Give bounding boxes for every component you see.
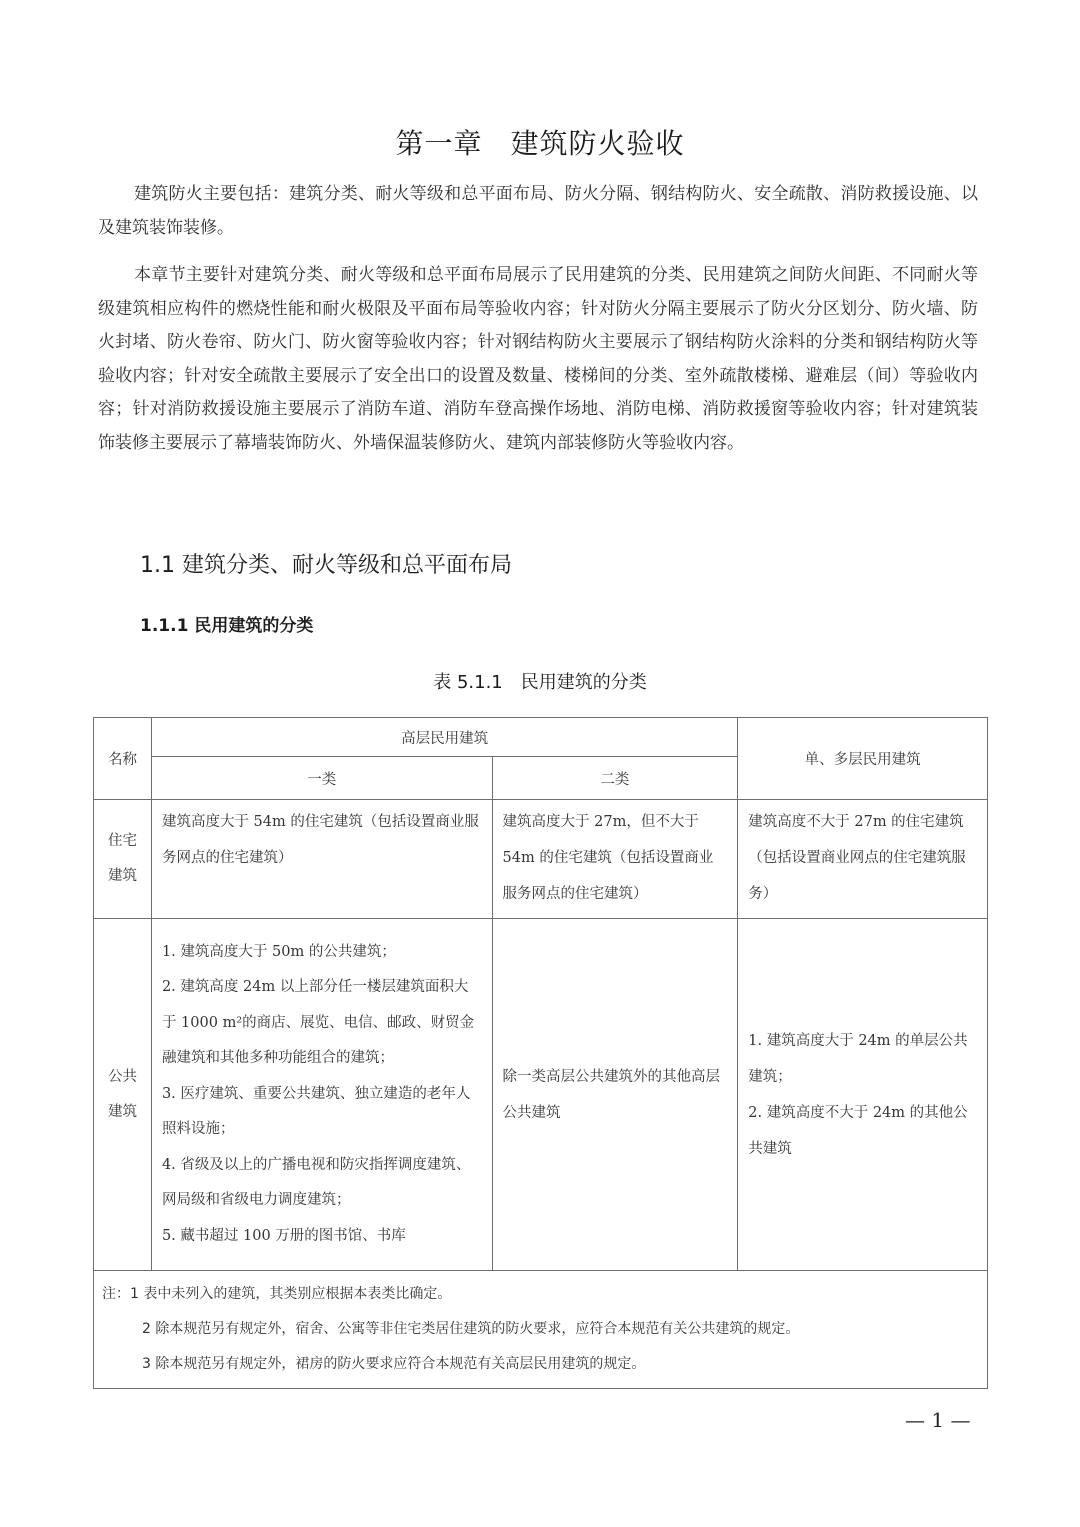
list-item: 1. 建筑高度大于 50m 的公共建筑； xyxy=(162,935,482,971)
section-heading: 1.1 建筑分类、耐火等级和总平面布局 xyxy=(140,548,512,579)
list-item: 2. 建筑高度 24m 以上部分任一楼层建筑面积大于 1000 m²的商店、展览… xyxy=(162,970,482,1077)
residential-class2: 建筑高度大于 27m，但不大于 54m 的住宅建筑（包括设置商业服务网点的住宅建… xyxy=(492,800,738,919)
list-item: 1. 建筑高度大于 24m 的单层公共建筑； xyxy=(748,1023,977,1095)
residential-class1: 建筑高度大于 54m 的住宅建筑（包括设置商业服务网点的住宅建筑） xyxy=(151,800,492,919)
summary-paragraph: 本章节主要针对建筑分类、耐火等级和总平面布局展示了民用建筑的分类、民用建筑之间防… xyxy=(98,259,978,460)
note-3: 3 除本规范另有规定外，裙房的防火要求应符合本规范有关高层民用建筑的规定。 xyxy=(102,1347,979,1382)
table-row: 公共建筑 1. 建筑高度大于 50m 的公共建筑； 2. 建筑高度 24m 以上… xyxy=(94,919,988,1271)
note-2: 2 除本规范另有规定外，宿舍、公寓等非住宅类居住建筑的防火要求，应符合本规范有关… xyxy=(102,1312,979,1347)
page-number: — 1 — xyxy=(905,1408,970,1432)
subsection-number: 1.1.1 xyxy=(140,616,188,636)
list-item: 4. 省级及以上的广播电视和防灾指挥调度建筑、网局级和省级电力调度建筑； xyxy=(162,1148,482,1219)
chapter-number: 第一章 xyxy=(395,127,482,160)
row-name-public: 公共建筑 xyxy=(94,919,152,1271)
chapter-name: 建筑防火验收 xyxy=(511,127,685,160)
subsection-heading: 1.1.1 民用建筑的分类 xyxy=(140,611,313,636)
chapter-title: 第一章建筑防火验收 xyxy=(0,122,1080,162)
table-caption: 表 5.1.1民用建筑的分类 xyxy=(0,668,1080,694)
list-item: 5. 藏书超过 100 万册的图书馆、书库 xyxy=(162,1219,482,1255)
list-item: 2. 建筑高度不大于 24m 的其他公共建筑 xyxy=(748,1095,977,1167)
intro-paragraph: 建筑防火主要包括：建筑分类、耐火等级和总平面布局、防火分隔、钢结构防火、安全疏散… xyxy=(98,178,978,245)
section-number: 1.1 xyxy=(140,553,175,578)
residential-low-multi: 建筑高度不大于 27m 的住宅建筑（包括设置商业网点的住宅建筑服务） xyxy=(738,800,988,919)
table-row: 住宅建筑 建筑高度大于 54m 的住宅建筑（包括设置商业服务网点的住宅建筑） 建… xyxy=(94,800,988,919)
table-caption-number: 表 5.1.1 xyxy=(433,672,503,693)
public-low-multi: 1. 建筑高度大于 24m 的单层公共建筑； 2. 建筑高度不大于 24m 的其… xyxy=(738,919,988,1271)
table-notes: 注：1 表中未列入的建筑，其类别应根据本表类比确定。 2 除本规范另有规定外，宿… xyxy=(94,1271,988,1389)
header-high-rise: 高层民用建筑 xyxy=(151,718,737,757)
row-name-residential: 住宅建筑 xyxy=(94,800,152,919)
note-1: 注：1 表中未列入的建筑，其类别应根据本表类比确定。 xyxy=(102,1277,979,1312)
public-class1: 1. 建筑高度大于 50m 的公共建筑； 2. 建筑高度 24m 以上部分任一楼… xyxy=(151,919,492,1271)
header-class1: 一类 xyxy=(151,757,492,800)
table-caption-title: 民用建筑的分类 xyxy=(521,672,647,693)
section-title: 建筑分类、耐火等级和总平面布局 xyxy=(182,553,512,578)
header-name: 名称 xyxy=(94,718,152,800)
building-classification-table: 名称 高层民用建筑 单、多层民用建筑 一类 二类 住宅建筑 建筑高度大于 54m… xyxy=(93,717,988,1389)
public-class2: 除一类高层公共建筑外的其他高层公共建筑 xyxy=(492,919,738,1271)
header-low-multi: 单、多层民用建筑 xyxy=(738,718,988,800)
subsection-title: 民用建筑的分类 xyxy=(194,616,313,636)
list-item: 3. 医疗建筑、重要公共建筑、独立建造的老年人照料设施； xyxy=(162,1077,482,1148)
header-class2: 二类 xyxy=(492,757,738,800)
